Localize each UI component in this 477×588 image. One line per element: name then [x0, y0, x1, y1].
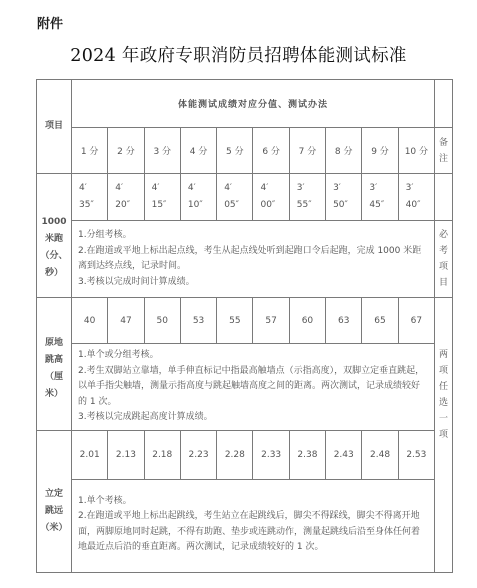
note-choose-one: 两项任选一项	[435, 298, 453, 573]
score-label-row: 1 分 2 分 3 分 4 分 5 分 6 分 7 分 8 分 9 分 10 分…	[37, 128, 453, 174]
score-label: 4 分	[180, 128, 216, 174]
score-cell: 53	[180, 298, 216, 344]
score-cell: 4′15″	[144, 174, 180, 221]
score-cell: 2.01	[72, 430, 108, 479]
score-cell: 4′10″	[180, 174, 216, 221]
run-1000m-method-row: 1.分组考核。 2.在跑道或平地上标出起点线，考生从起点线处听到起跑口令后起跑，…	[37, 221, 453, 298]
score-label: 8 分	[326, 128, 362, 174]
attachment-label: 附件	[37, 13, 63, 32]
fitness-standard-table: 项目 体能测试成绩对应分值、测试办法 1 分 2 分 3 分 4 分 5 分 6…	[36, 79, 453, 573]
note-header-blank	[435, 80, 453, 128]
item-long-jump: 立定 跳远 （米）	[37, 430, 72, 572]
vertical-jump-method-row: 1.单个或分组考核。 2.考生双脚站立靠墙，单手伸直标记中指最高触墙点（示指高度…	[37, 344, 453, 431]
note-header: 备 注	[435, 128, 453, 174]
method-step: 1.单个考核。	[78, 494, 428, 510]
item-text: （分、	[37, 248, 71, 265]
score-cell: 63	[326, 298, 362, 344]
method-step: 2.考生双脚站立靠墙，单手伸直标记中指最高触墙点（示指高度），双脚立定垂直跳起，…	[78, 364, 428, 411]
test-method-long-jump: 1.单个考核。 2.在跑道或平地上标出起跳线，考生站立在起跳线后，脚尖不得踩线，…	[72, 479, 435, 572]
score-cell: 2.48	[362, 430, 398, 479]
score-label: 7 分	[289, 128, 325, 174]
item-text: 跳远	[37, 503, 71, 520]
score-label: 10 分	[398, 128, 434, 174]
item-text: 1000	[37, 214, 71, 231]
run-1000m-score-row: 1000 米跑 （分、 秒） 4′35″ 4′20″ 4′15″ 4′10″ 4…	[37, 174, 453, 221]
score-cell: 4′35″	[72, 174, 108, 221]
score-cell: 2.18	[144, 430, 180, 479]
method-step: 1.分组考核。	[78, 228, 428, 244]
score-cell: 4′00″	[253, 174, 289, 221]
score-cell: 2.28	[217, 430, 253, 479]
note-mandatory: 必考项目	[435, 221, 453, 298]
score-cell: 4′05″	[217, 174, 253, 221]
method-step: 3.考核以完成时间计算成绩。	[78, 275, 428, 291]
score-cell: 2.53	[398, 430, 434, 479]
score-cell: 2.43	[326, 430, 362, 479]
score-cell: 60	[289, 298, 325, 344]
score-cell: 3′40″	[398, 174, 434, 221]
vertical-jump-score-row: 原地 跳高 （厘 米） 40 47 50 53 55 57 60 63 65 6…	[37, 298, 453, 344]
score-cell: 67	[398, 298, 434, 344]
item-header: 项目	[37, 80, 72, 174]
score-label: 5 分	[217, 128, 253, 174]
note-header-char: 备	[435, 135, 452, 151]
score-cell: 40	[72, 298, 108, 344]
score-label: 3 分	[144, 128, 180, 174]
item-vertical-jump: 原地 跳高 （厘 米）	[37, 298, 72, 431]
score-cell: 55	[217, 298, 253, 344]
score-cell: 2.38	[289, 430, 325, 479]
long-jump-score-row: 立定 跳远 （米） 2.01 2.13 2.18 2.23 2.28 2.33 …	[37, 430, 453, 479]
score-cell: 57	[253, 298, 289, 344]
note-blank	[435, 174, 453, 221]
method-step: 1.单个或分组考核。	[78, 348, 428, 364]
test-method-vertical-jump: 1.单个或分组考核。 2.考生双脚站立靠墙，单手伸直标记中指最高触墙点（示指高度…	[72, 344, 435, 431]
item-text: 跳高	[37, 352, 71, 369]
score-label: 2 分	[108, 128, 144, 174]
score-cell: 50	[144, 298, 180, 344]
score-cell: 3′55″	[289, 174, 325, 221]
method-step: 2.在跑道或平地上标出起跳线，考生站立在起跳线后，脚尖不得踩线，脚尖不得离开地面…	[78, 509, 428, 556]
score-method-header: 体能测试成绩对应分值、测试办法	[72, 80, 435, 128]
document-title: 2024 年政府专职消防员招聘体能测试标准	[0, 42, 477, 67]
note-header-char: 注	[435, 151, 452, 167]
item-text: 米跑	[37, 231, 71, 248]
method-step: 2.在跑道或平地上标出起点线，考生从起点线处听到起跑口令后起跑，完成 1000 …	[78, 244, 428, 275]
score-cell: 47	[108, 298, 144, 344]
item-text: （米）	[37, 520, 71, 537]
score-cell: 3′45″	[362, 174, 398, 221]
score-cell: 3′50″	[326, 174, 362, 221]
header-row: 项目 体能测试成绩对应分值、测试办法	[37, 80, 453, 128]
score-label: 6 分	[253, 128, 289, 174]
method-step: 3.考核以完成跳起高度计算成绩。	[78, 410, 428, 426]
score-cell: 2.23	[180, 430, 216, 479]
score-cell: 2.33	[253, 430, 289, 479]
test-method-run-1000m: 1.分组考核。 2.在跑道或平地上标出起点线，考生从起点线处听到起跑口令后起跑，…	[72, 221, 435, 298]
item-run-1000m: 1000 米跑 （分、 秒）	[37, 174, 72, 298]
score-cell: 65	[362, 298, 398, 344]
long-jump-method-row: 1.单个考核。 2.在跑道或平地上标出起跳线，考生站立在起跳线后，脚尖不得踩线，…	[37, 479, 453, 572]
score-label: 9 分	[362, 128, 398, 174]
item-text: 秒）	[37, 265, 71, 282]
score-label: 1 分	[72, 128, 108, 174]
item-text: 立定	[37, 486, 71, 503]
score-cell: 2.13	[108, 430, 144, 479]
score-cell: 4′20″	[108, 174, 144, 221]
item-text: 米）	[37, 386, 71, 403]
item-text: （厘	[37, 369, 71, 386]
item-text: 原地	[37, 335, 71, 352]
